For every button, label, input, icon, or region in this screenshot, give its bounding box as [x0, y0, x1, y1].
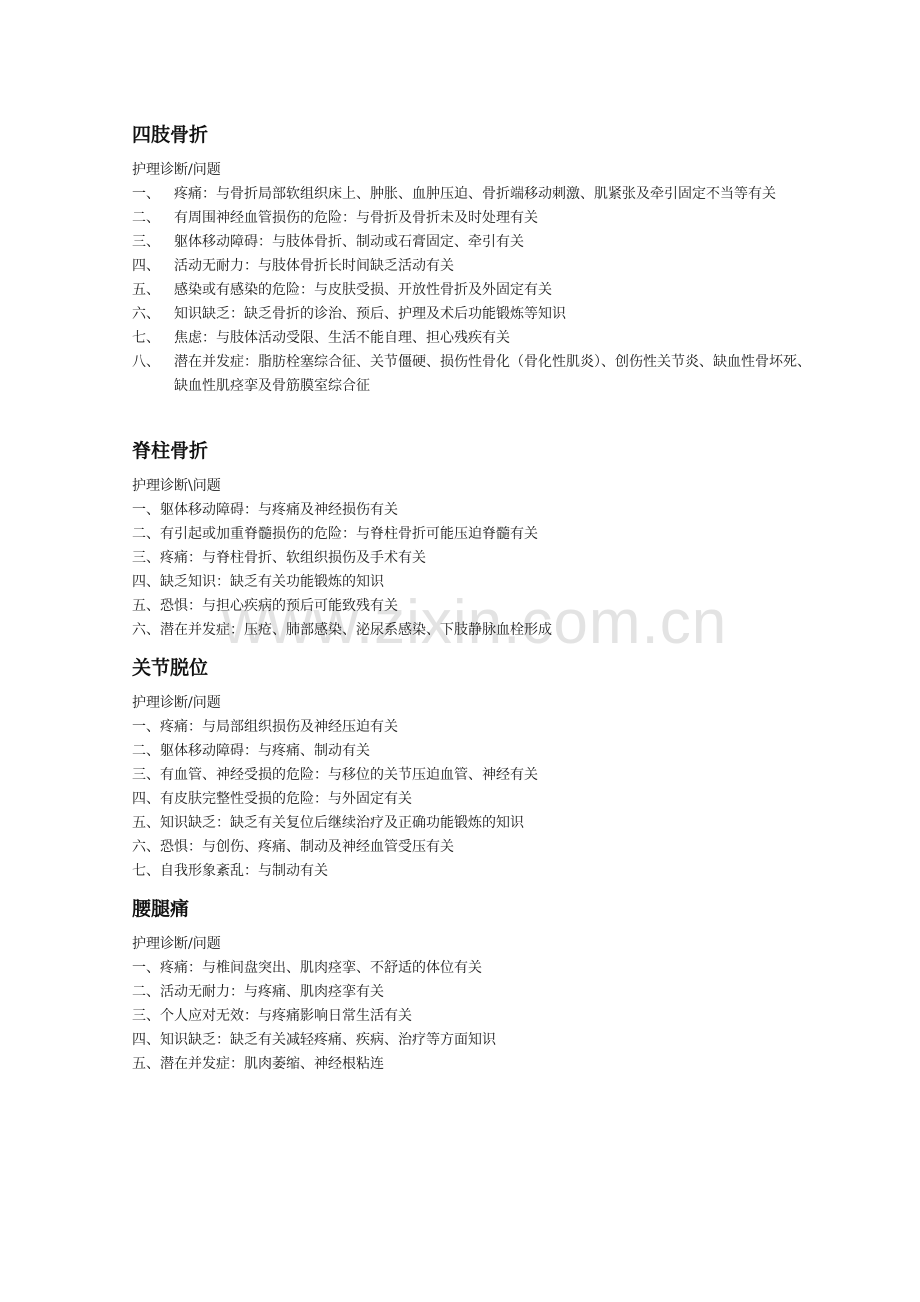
item-text: 感染或有感染的危险：与皮肤受损、开放性骨折及外固定有关: [174, 278, 812, 302]
list-item: 六、知识缺乏：缺乏骨折的诊治、预后、护理及术后功能锻炼等知识: [132, 302, 812, 326]
list-item: 五、知识缺乏：缺乏有关复位后继续治疗及正确功能锻炼的知识: [132, 811, 538, 835]
section-subtitle: 护理诊断/问题: [132, 691, 538, 715]
section-limb-fracture: 四肢骨折 护理诊断/问题 一、疼痛：与骨折局部软组织床上、肿胀、血肿压迫、骨折端…: [132, 118, 812, 398]
item-text: 躯体移动障碍：与疼痛及神经损伤有关: [160, 498, 398, 522]
item-number: 五、: [132, 811, 160, 835]
item-text: 缺乏知识：缺乏有关功能锻炼的知识: [160, 570, 384, 594]
list-item: 一、疼痛：与骨折局部软组织床上、肿胀、血肿压迫、骨折端移动刺激、肌紧张及牵引固定…: [132, 182, 812, 206]
item-text: 有血管、神经受损的危险：与移位的关节压迫血管、神经有关: [160, 763, 538, 787]
list-item: 一、躯体移动障碍：与疼痛及神经损伤有关: [132, 498, 552, 522]
item-text: 自我形象紊乱：与制动有关: [160, 859, 328, 883]
item-text: 活动无耐力：与肢体骨折长时间缺乏活动有关: [174, 254, 812, 278]
item-number: 六、: [132, 618, 160, 642]
document-page: www.zixin.com.cn 四肢骨折 护理诊断/问题 一、疼痛：与骨折局部…: [0, 0, 920, 1302]
item-text: 知识缺乏：缺乏有关复位后继续治疗及正确功能锻炼的知识: [160, 811, 524, 835]
list-item: 三、躯体移动障碍：与肢体骨折、制动或石膏固定、牵引有关: [132, 230, 812, 254]
item-text: 有周围神经血管损伤的危险：与骨折及骨折未及时处理有关: [174, 206, 812, 230]
list-item: 六、恐惧：与创伤、疼痛、制动及神经血管受压有关: [132, 835, 538, 859]
item-number: 七、: [132, 859, 160, 883]
item-number: 四、: [132, 254, 174, 278]
list-item: 二、有引起或加重脊髓损伤的危险：与脊柱骨折可能压迫脊髓有关: [132, 522, 552, 546]
list-item: 八、潜在并发症：脂肪栓塞综合征、关节僵硬、损伤性骨化（骨化性肌炎）、创伤性关节炎…: [132, 350, 812, 398]
item-text: 活动无耐力：与疼痛、肌肉痉挛有关: [160, 980, 384, 1004]
list-item: 四、知识缺乏：缺乏有关减轻疼痛、疾病、治疗等方面知识: [132, 1028, 496, 1052]
list-item: 四、活动无耐力：与肢体骨折长时间缺乏活动有关: [132, 254, 812, 278]
item-number: 四、: [132, 1028, 160, 1052]
list-item: 四、缺乏知识：缺乏有关功能锻炼的知识: [132, 570, 552, 594]
item-number: 二、: [132, 206, 174, 230]
section-title: 腰腿痛: [132, 892, 496, 926]
item-text: 潜在并发症：脂肪栓塞综合征、关节僵硬、损伤性骨化（骨化性肌炎）、创伤性关节炎、缺…: [174, 350, 812, 398]
list-item: 六、潜在并发症：压疮、肺部感染、泌尿系感染、下肢静脉血栓形成: [132, 618, 552, 642]
item-number: 三、: [132, 546, 160, 570]
list-item: 二、活动无耐力：与疼痛、肌肉痉挛有关: [132, 980, 496, 1004]
list-item: 三、疼痛：与脊柱骨折、软组织损伤及手术有关: [132, 546, 552, 570]
list-item: 五、恐惧：与担心疾病的预后可能致残有关: [132, 594, 552, 618]
section-joint-dislocation: 关节脱位 护理诊断/问题 一、疼痛：与局部组织损伤及神经压迫有关 二、躯体移动障…: [132, 651, 538, 883]
item-text: 有皮肤完整性受损的危险：与外固定有关: [160, 787, 412, 811]
item-number: 一、: [132, 182, 174, 206]
item-number: 二、: [132, 739, 160, 763]
item-number: 六、: [132, 302, 174, 326]
item-text: 潜在并发症：肌肉萎缩、神经根粘连: [160, 1052, 384, 1076]
item-text: 恐惧：与担心疾病的预后可能致残有关: [160, 594, 398, 618]
item-number: 三、: [132, 763, 160, 787]
item-text: 个人应对无效：与疼痛影响日常生活有关: [160, 1004, 412, 1028]
item-text: 疼痛：与椎间盘突出、肌肉痉挛、不舒适的体位有关: [160, 956, 482, 980]
list-item: 二、有周围神经血管损伤的危险：与骨折及骨折未及时处理有关: [132, 206, 812, 230]
item-text: 躯体移动障碍：与疼痛、制动有关: [160, 739, 370, 763]
item-text: 疼痛：与局部组织损伤及神经压迫有关: [160, 715, 398, 739]
section-subtitle: 护理诊断\问题: [132, 474, 552, 498]
item-number: 一、: [132, 715, 160, 739]
section-subtitle: 护理诊断/问题: [132, 932, 496, 956]
section-title: 关节脱位: [132, 651, 538, 685]
item-number: 一、: [132, 956, 160, 980]
item-text: 疼痛：与骨折局部软组织床上、肿胀、血肿压迫、骨折端移动刺激、肌紧张及牵引固定不当…: [174, 182, 812, 206]
list-item: 一、疼痛：与椎间盘突出、肌肉痉挛、不舒适的体位有关: [132, 956, 496, 980]
item-number: 五、: [132, 594, 160, 618]
item-number: 七、: [132, 326, 174, 350]
item-text: 有引起或加重脊髓损伤的危险：与脊柱骨折可能压迫脊髓有关: [160, 522, 538, 546]
item-number: 二、: [132, 522, 160, 546]
list-item: 五、感染或有感染的危险：与皮肤受损、开放性骨折及外固定有关: [132, 278, 812, 302]
item-number: 一、: [132, 498, 160, 522]
item-text: 疼痛：与脊柱骨折、软组织损伤及手术有关: [160, 546, 426, 570]
item-number: 三、: [132, 1004, 160, 1028]
list-item: 一、疼痛：与局部组织损伤及神经压迫有关: [132, 715, 538, 739]
item-text: 恐惧：与创伤、疼痛、制动及神经血管受压有关: [160, 835, 454, 859]
list-item: 七、自我形象紊乱：与制动有关: [132, 859, 538, 883]
section-low-back-leg-pain: 腰腿痛 护理诊断/问题 一、疼痛：与椎间盘突出、肌肉痉挛、不舒适的体位有关 二、…: [132, 892, 496, 1076]
item-number: 三、: [132, 230, 174, 254]
list-item: 四、有皮肤完整性受损的危险：与外固定有关: [132, 787, 538, 811]
section-title: 四肢骨折: [132, 118, 812, 152]
item-number: 五、: [132, 1052, 160, 1076]
item-number: 五、: [132, 278, 174, 302]
section-subtitle: 护理诊断/问题: [132, 158, 812, 182]
item-number: 二、: [132, 980, 160, 1004]
item-text: 躯体移动障碍：与肢体骨折、制动或石膏固定、牵引有关: [174, 230, 812, 254]
item-text: 知识缺乏：缺乏骨折的诊治、预后、护理及术后功能锻炼等知识: [174, 302, 812, 326]
section-spine-fracture: 脊柱骨折 护理诊断\问题 一、躯体移动障碍：与疼痛及神经损伤有关 二、有引起或加…: [132, 434, 552, 642]
item-number: 六、: [132, 835, 160, 859]
item-text: 焦虑：与肢体活动受限、生活不能自理、担心残疾有关: [174, 326, 812, 350]
list-item: 三、个人应对无效：与疼痛影响日常生活有关: [132, 1004, 496, 1028]
item-text: 知识缺乏：缺乏有关减轻疼痛、疾病、治疗等方面知识: [160, 1028, 496, 1052]
list-item: 二、躯体移动障碍：与疼痛、制动有关: [132, 739, 538, 763]
item-number: 四、: [132, 570, 160, 594]
item-number: 四、: [132, 787, 160, 811]
list-item: 五、潜在并发症：肌肉萎缩、神经根粘连: [132, 1052, 496, 1076]
section-title: 脊柱骨折: [132, 434, 552, 468]
item-text: 潜在并发症：压疮、肺部感染、泌尿系感染、下肢静脉血栓形成: [160, 618, 552, 642]
item-number: 八、: [132, 350, 174, 398]
list-item: 三、有血管、神经受损的危险：与移位的关节压迫血管、神经有关: [132, 763, 538, 787]
list-item: 七、焦虑：与肢体活动受限、生活不能自理、担心残疾有关: [132, 326, 812, 350]
